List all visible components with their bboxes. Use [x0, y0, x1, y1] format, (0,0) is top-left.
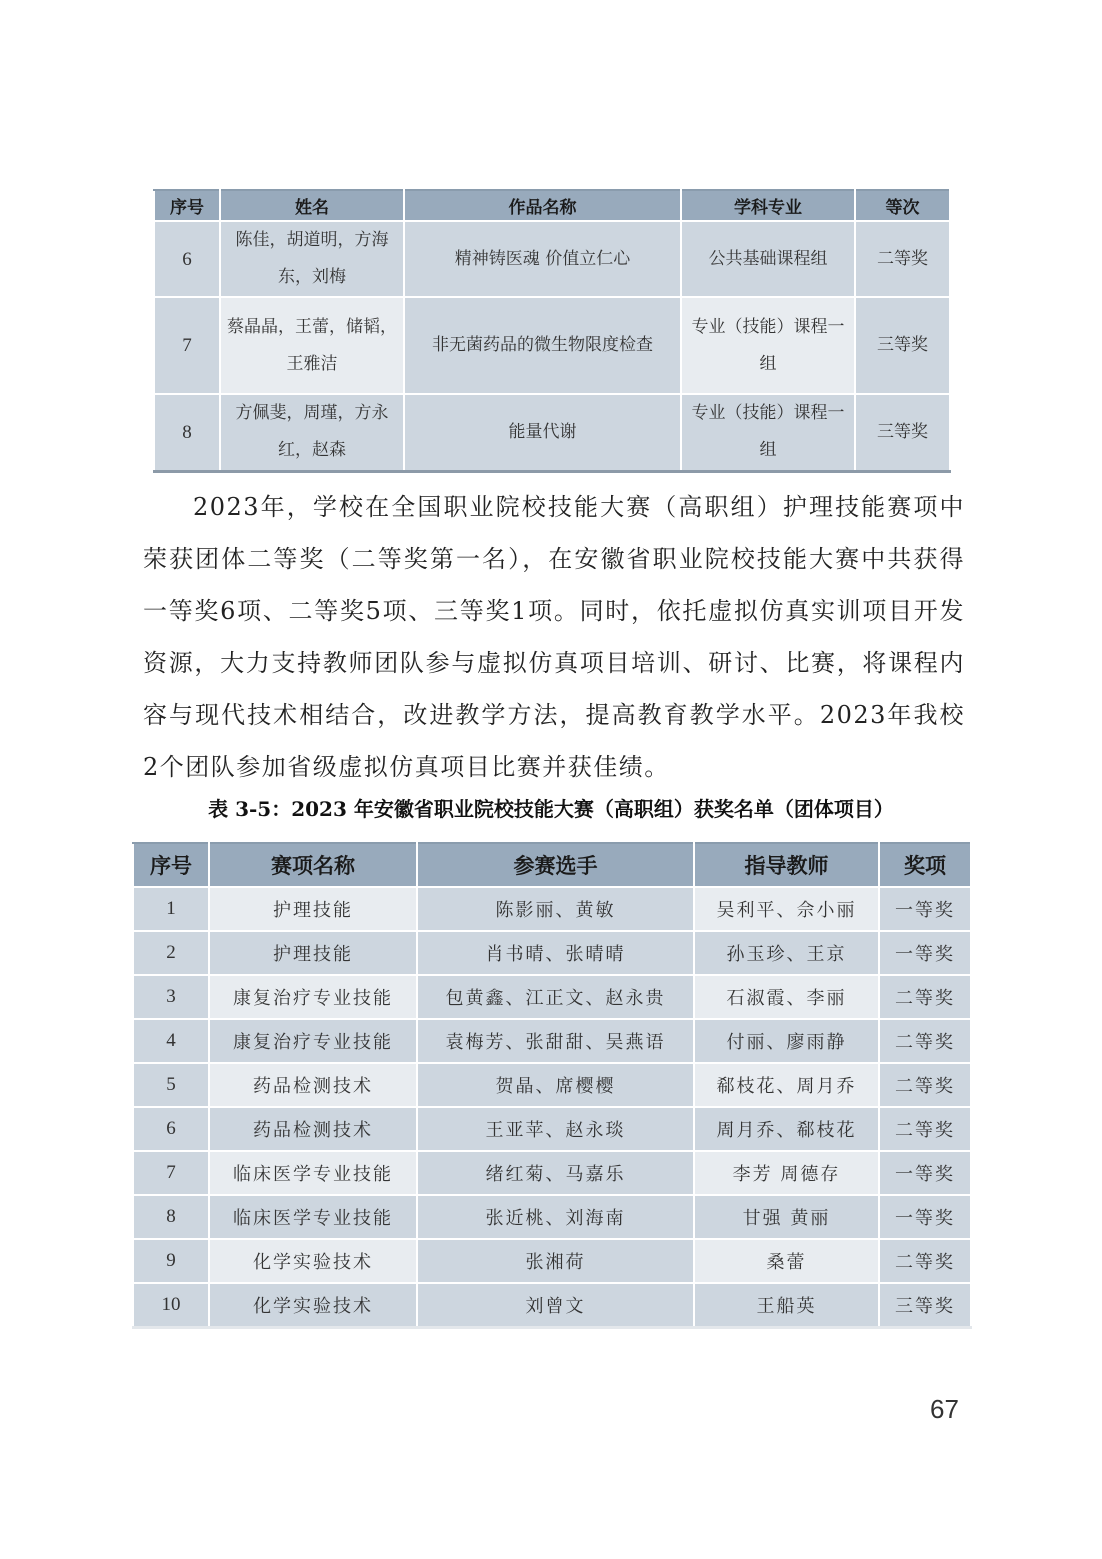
cell-event: 化学实验技术 [209, 1239, 417, 1283]
cell-no: 8 [133, 1195, 209, 1239]
cell-teachers: 甘强 黄丽 [694, 1195, 879, 1239]
body-paragraph: 2023年，学校在全国职业院校技能大赛（高职组）护理技能赛项中荣获团体二等奖（二… [143, 481, 965, 793]
cell-event: 药品检测技术 [209, 1107, 417, 1151]
cell-players: 包黄鑫、江正文、赵永贵 [417, 975, 694, 1019]
cell-rank: 三等奖 [855, 297, 950, 394]
cell-event: 临床医学专业技能 [209, 1195, 417, 1239]
cell-teachers: 郗枝花、周月乔 [694, 1063, 879, 1107]
table-provincial-awards: 序号 赛项名称 参赛选手 指导教师 奖项 1 护理技能 陈影丽、黄敏 吴利平、佘… [132, 842, 972, 1329]
cell-no: 6 [154, 221, 220, 297]
cell-teachers: 李芳 周德存 [694, 1151, 879, 1195]
header-major: 学科专业 [681, 190, 855, 221]
cell-teachers: 孙玉珍、王京 [694, 931, 879, 975]
cell-award: 二等奖 [879, 1063, 971, 1107]
cell-major: 公共基础课程组 [681, 221, 855, 297]
cell-players: 张近桃、刘海南 [417, 1195, 694, 1239]
table-row: 8 临床医学专业技能 张近桃、刘海南 甘强 黄丽 一等奖 [133, 1195, 971, 1239]
cell-award: 二等奖 [879, 1019, 971, 1063]
table-header-row: 序号 姓名 作品名称 学科专业 等次 [154, 190, 950, 221]
cell-award: 二等奖 [879, 975, 971, 1019]
cell-event: 化学实验技术 [209, 1283, 417, 1328]
table-row: 8 方佩斐，周瑾，方永红，赵森 能量代谢 专业（技能）课程一组 三等奖 [154, 394, 950, 471]
cell-no: 8 [154, 394, 220, 471]
header-rank: 等次 [855, 190, 950, 221]
cell-teachers: 吴利平、佘小丽 [694, 887, 879, 931]
cell-award: 三等奖 [879, 1283, 971, 1328]
table-row: 10 化学实验技术 刘曾文 王船英 三等奖 [133, 1283, 971, 1328]
cell-event: 护理技能 [209, 887, 417, 931]
cell-teachers: 付丽、廖雨静 [694, 1019, 879, 1063]
cell-work: 精神铸医魂 价值立仁心 [404, 221, 681, 297]
cell-names: 陈佳，胡道明，方海东，刘梅 [220, 221, 404, 297]
cell-no: 10 [133, 1283, 209, 1328]
cell-teachers: 石淑霞、李丽 [694, 975, 879, 1019]
cell-players: 王亚苹、赵永琰 [417, 1107, 694, 1151]
cell-teachers: 周月乔、郗枝花 [694, 1107, 879, 1151]
cell-names: 蔡晶晶，王蕾，储韬，王雅洁 [220, 297, 404, 394]
cell-no: 4 [133, 1019, 209, 1063]
cell-award: 二等奖 [879, 1239, 971, 1283]
header-work: 作品名称 [404, 190, 681, 221]
table-header-row: 序号 赛项名称 参赛选手 指导教师 奖项 [133, 843, 971, 887]
cell-no: 7 [154, 297, 220, 394]
header-names: 姓名 [220, 190, 404, 221]
header-no: 序号 [133, 843, 209, 887]
cell-teachers: 王船英 [694, 1283, 879, 1328]
table-row: 6 陈佳，胡道明，方海东，刘梅 精神铸医魂 价值立仁心 公共基础课程组 二等奖 [154, 221, 950, 297]
header-event: 赛项名称 [209, 843, 417, 887]
cell-no: 1 [133, 887, 209, 931]
table-caption: 表 3-5：2023 年安徽省职业院校技能大赛（高职组）获奖名单（团体项目） [130, 793, 972, 822]
cell-players: 绪红菊、马嘉乐 [417, 1151, 694, 1195]
cell-names: 方佩斐，周瑾，方永红，赵森 [220, 394, 404, 471]
table-row: 5 药品检测技术 贺晶、席樱樱 郗枝花、周月乔 二等奖 [133, 1063, 971, 1107]
cell-award: 一等奖 [879, 931, 971, 975]
cell-event: 康复治疗专业技能 [209, 975, 417, 1019]
table-row: 9 化学实验技术 张湘荷 桑蕾 二等奖 [133, 1239, 971, 1283]
header-players: 参赛选手 [417, 843, 694, 887]
cell-rank: 二等奖 [855, 221, 950, 297]
cell-no: 5 [133, 1063, 209, 1107]
table-row: 4 康复治疗专业技能 袁梅芳、张甜甜、吴燕语 付丽、廖雨静 二等奖 [133, 1019, 971, 1063]
table-row: 2 护理技能 肖书晴、张晴晴 孙玉珍、王京 一等奖 [133, 931, 971, 975]
cell-no: 2 [133, 931, 209, 975]
table-row: 6 药品检测技术 王亚苹、赵永琰 周月乔、郗枝花 二等奖 [133, 1107, 971, 1151]
cell-no: 7 [133, 1151, 209, 1195]
cell-major: 专业（技能）课程一组 [681, 297, 855, 394]
cell-players: 刘曾文 [417, 1283, 694, 1328]
cell-event: 药品检测技术 [209, 1063, 417, 1107]
cell-rank: 三等奖 [855, 394, 950, 471]
cell-teachers: 桑蕾 [694, 1239, 879, 1283]
table-row: 7 蔡晶晶，王蕾，储韬，王雅洁 非无菌药品的微生物限度检查 专业（技能）课程一组… [154, 297, 950, 394]
page-number: 67 [930, 1394, 959, 1425]
cell-event: 护理技能 [209, 931, 417, 975]
cell-award: 一等奖 [879, 1151, 971, 1195]
header-no: 序号 [154, 190, 220, 221]
header-award: 奖项 [879, 843, 971, 887]
table-row: 7 临床医学专业技能 绪红菊、马嘉乐 李芳 周德存 一等奖 [133, 1151, 971, 1195]
cell-no: 9 [133, 1239, 209, 1283]
cell-no: 6 [133, 1107, 209, 1151]
table-row: 3 康复治疗专业技能 包黄鑫、江正文、赵永贵 石淑霞、李丽 二等奖 [133, 975, 971, 1019]
table-row: 1 护理技能 陈影丽、黄敏 吴利平、佘小丽 一等奖 [133, 887, 971, 931]
cell-award: 二等奖 [879, 1107, 971, 1151]
cell-work: 能量代谢 [404, 394, 681, 471]
cell-players: 肖书晴、张晴晴 [417, 931, 694, 975]
cell-work: 非无菌药品的微生物限度检查 [404, 297, 681, 394]
cell-major: 专业（技能）课程一组 [681, 394, 855, 471]
cell-players: 陈影丽、黄敏 [417, 887, 694, 931]
cell-event: 临床医学专业技能 [209, 1151, 417, 1195]
cell-award: 一等奖 [879, 1195, 971, 1239]
cell-players: 袁梅芳、张甜甜、吴燕语 [417, 1019, 694, 1063]
table-previous-awards: 序号 姓名 作品名称 学科专业 等次 6 陈佳，胡道明，方海东，刘梅 精神铸医魂… [153, 189, 951, 473]
cell-event: 康复治疗专业技能 [209, 1019, 417, 1063]
cell-players: 张湘荷 [417, 1239, 694, 1283]
cell-no: 3 [133, 975, 209, 1019]
header-teachers: 指导教师 [694, 843, 879, 887]
cell-players: 贺晶、席樱樱 [417, 1063, 694, 1107]
cell-award: 一等奖 [879, 887, 971, 931]
